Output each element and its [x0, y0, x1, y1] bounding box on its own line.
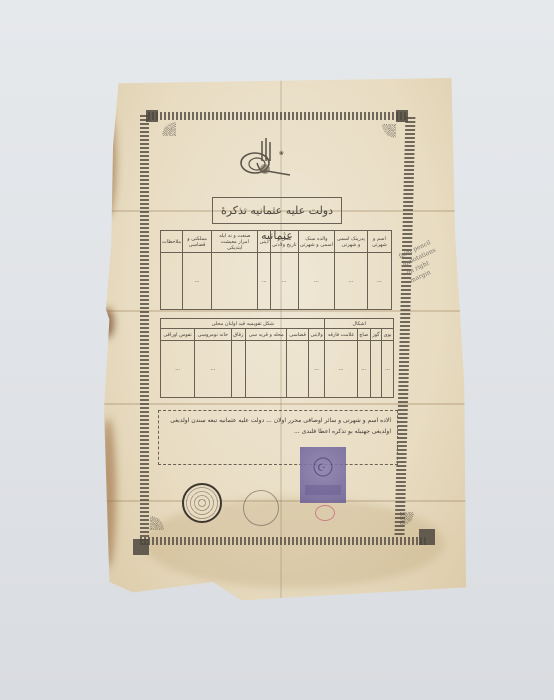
faded-seal [243, 490, 279, 526]
certification-line: الاده اسم و شهرتی و سائر اوصافی محرر اول… [165, 415, 391, 426]
handwritten-cell [161, 253, 183, 310]
column-header: ملاحظات [161, 231, 183, 253]
handwritten-cell: ... [195, 341, 231, 398]
personal-info-table: ملاحظات مملکتی و قضاسی صنعت و نه ایله ام… [160, 230, 392, 310]
column-header: علامت فارقه [325, 329, 357, 341]
certification-line: اولدیغی جهتیله بو تذکره اعطا قلندی ... [165, 426, 391, 437]
frame-left [140, 115, 149, 545]
handwritten-cell: ... [258, 253, 270, 310]
revenue-stamp: ☪ [300, 447, 346, 503]
group-header: شکل تقویمیه قید اولنان محلی [161, 319, 325, 329]
handwritten-cell: ... [382, 341, 394, 398]
svg-text:❀: ❀ [279, 150, 284, 157]
handwritten-cell [231, 341, 245, 398]
frame-top [148, 112, 406, 120]
column-header: محل و تاریخ ولادتی [270, 231, 298, 253]
handwritten-cell: ... [298, 253, 334, 310]
svg-text:☪: ☪ [317, 463, 326, 474]
column-header: مملکتی و قضاسی [183, 231, 212, 253]
handwritten-cell [370, 341, 381, 398]
fold-line [104, 500, 466, 502]
column-header: نفوس اوراقی [161, 329, 195, 341]
official-seal [182, 483, 222, 523]
column-header: زقاق [231, 329, 245, 341]
star-crescent-icon: ☪ [300, 447, 346, 503]
registry-table: شکل تقویمیه قید اولنان محلی اشکال نفوس ا… [160, 318, 394, 398]
handwritten-cell: ... [335, 253, 368, 310]
frame-corner [419, 529, 435, 545]
group-header: اشکال [325, 319, 394, 329]
column-header: ولایتی [308, 329, 325, 341]
handwritten-cell: ... [367, 253, 391, 310]
document-title: دولت علیه عثمانیه تذکرهٔ عثمانیه [212, 197, 342, 224]
red-seal [315, 505, 335, 521]
handwritten-cell [287, 341, 308, 398]
column-header: پدرینک اسمی و شهرتی [335, 231, 368, 253]
frame-bottom [140, 537, 428, 545]
handwritten-cell: ... [270, 253, 298, 310]
handwritten-cell: ... [325, 341, 357, 398]
column-header: محله و قریه سی [246, 329, 287, 341]
column-header: قضاسی [287, 329, 308, 341]
column-header: صنعت و نه ایله امرار معیشت ایتدیکی [212, 231, 258, 253]
rust-stain [100, 308, 114, 338]
handwritten-cell: ... [308, 341, 325, 398]
column-header: دینی [258, 231, 270, 253]
rust-stain [100, 418, 116, 568]
rust-stain [98, 108, 116, 218]
handwritten-cell [212, 253, 258, 310]
handwritten-cell: ... [161, 341, 195, 398]
column-header: صاچ [357, 329, 370, 341]
handwritten-cell: ... [183, 253, 212, 310]
handwritten-cell [246, 341, 287, 398]
tughra-emblem-icon: ❀ [235, 133, 295, 183]
frame-corner [133, 539, 149, 555]
frame-corner [396, 110, 408, 122]
fold-line [104, 310, 466, 312]
frame-corner [146, 110, 158, 122]
column-header: گوز [370, 329, 381, 341]
certification-text-box: الاده اسم و شهرتی و سائر اوصافی محرر اول… [158, 410, 398, 465]
column-header: بوی [382, 329, 394, 341]
column-header: اسم و شهرتی [367, 231, 391, 253]
column-header: خانه نومروسی [195, 329, 231, 341]
column-header: والده سنک اسمی و شهرتی [298, 231, 334, 253]
fold-line [104, 403, 466, 405]
handwritten-cell: ... [357, 341, 370, 398]
